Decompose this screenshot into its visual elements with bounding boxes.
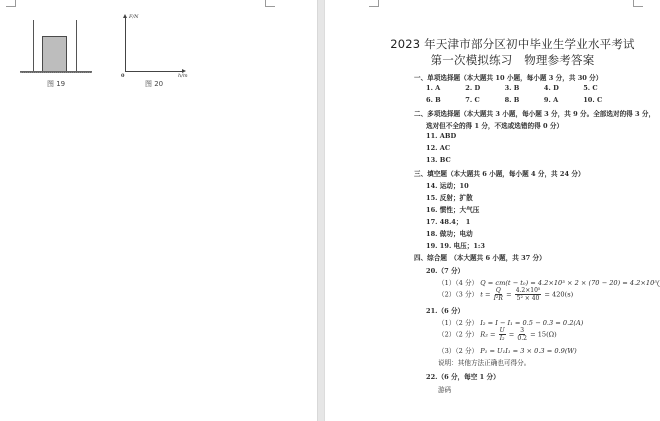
document-title-line2: 第一次模拟练习 物理参考答案	[345, 52, 660, 68]
q21-p1-formula: I₂ = I − I₁ = 0.5 − 0.3 = 0.2(A)	[480, 319, 583, 327]
q21-fraction-2: 3 0.2	[517, 327, 527, 342]
section-3-heading: 三、填空题（本大题共 6 小题，每小题 4 分，共 24 分）	[414, 168, 585, 178]
q21-fraction-1: U I₂	[499, 327, 506, 342]
answer-3: 3. B	[505, 84, 542, 92]
answer-10: 10. C	[583, 96, 620, 104]
question-21-label: 21.（6 分）	[426, 305, 464, 315]
answer-1: 1. A	[426, 84, 463, 92]
q20-p1-prefix: （1）（4 分）	[438, 279, 478, 287]
q20-p2-prefix: （2）（3 分）	[438, 291, 478, 299]
question-20-part1: （1）（4 分） Q = cm(t − t₀) = 4.2×10³ × 2 × …	[438, 277, 660, 287]
answer-18: 18. 做功；电动	[426, 228, 473, 238]
question-20-label: 20.（7 分）	[426, 265, 464, 275]
figure-19-container-diagram	[18, 18, 94, 88]
answer-13: 13. BC	[426, 156, 451, 164]
x-axis	[125, 71, 183, 72]
page-corner-mark	[6, 0, 16, 7]
page-corner-mark	[633, 0, 643, 7]
answer-7: 7. C	[465, 96, 502, 104]
section-1-answers-row2: 6. B 7. C 8. B 9. A 10. C	[426, 96, 620, 104]
q21-p1-prefix: （1）（2 分）	[438, 319, 478, 327]
question-21-part3: （3）（2 分） P₁ = U₁I₁ = 3 × 0.3 = 0.9(W)	[438, 345, 577, 355]
section-2-heading-cont: 选对但不全的得 1 分，不选或选错的得 0 分）	[426, 120, 563, 130]
page-corner-mark	[369, 0, 379, 7]
answer-16: 16. 惯性；大气压	[426, 204, 479, 214]
q21-p2-prefix: （2）（2 分）	[438, 331, 478, 339]
ground-line	[20, 71, 92, 73]
document-page-right: 2023 年天津市部分区初中毕业生学业水平考试 第一次模拟练习 物理参考答案 一…	[325, 0, 660, 421]
q20-p1-formula: Q = cm(t − t₀) = 4.2×10³ × 2 × (70 − 20)…	[480, 279, 660, 287]
section-1-heading: 一、单项选择题（本大题共 10 小题，每小题 3 分，共 30 分）	[414, 72, 602, 82]
answer-12: 12. AC	[426, 144, 450, 152]
object-block	[42, 36, 67, 72]
document-page-left: 图 19 F/N h/m 0 图 20	[0, 0, 317, 421]
q21-p2-lhs: R₂ =	[480, 331, 495, 339]
question-20-part2: （2）（3 分） t = Q I²R = 4.2×10⁵ 5² × 40 = 4…	[438, 287, 573, 302]
answer-14: 14. 运动；10	[426, 180, 469, 190]
question-22-label: 22.（6 分，每空 1 分）	[426, 371, 500, 381]
origin-label: 0	[121, 73, 124, 79]
answer-19: 19. 19. 电压；1:3	[426, 240, 485, 250]
figure-19-caption: 图 19	[47, 79, 65, 89]
answer-5: 5. C	[583, 84, 620, 92]
figure-20-graph: F/N h/m 0	[118, 12, 198, 82]
q21-p3-prefix: （3）（2 分）	[438, 347, 478, 355]
q20-fraction-1: Q I²R	[494, 287, 503, 302]
section-4-heading: 四、综合题 （本大题共 6 小题，共 37 分）	[414, 252, 546, 262]
answer-15: 15. 反射；扩散	[426, 192, 473, 202]
document-title-line1: 2023 年天津市部分区初中毕业生学业水平考试	[345, 36, 660, 52]
container-right-wall	[76, 20, 77, 72]
answer-2: 2. D	[465, 84, 502, 92]
y-axis	[125, 16, 126, 72]
q20-p2-lhs: t =	[480, 291, 490, 299]
q21-p2-result: = 15(Ω)	[530, 331, 557, 339]
container-left-wall	[33, 20, 34, 72]
question-21-part2: （2）（2 分） R₂ = U I₂ = 3 0.2 = 15(Ω)	[438, 327, 557, 342]
answer-6: 6. B	[426, 96, 463, 104]
x-axis-label: h/m	[178, 73, 188, 79]
answer-17: 17. 48.4； 1	[426, 216, 470, 226]
section-1-answers-row1: 1. A 2. D 3. B 4. D 5. C	[426, 84, 620, 92]
answer-8: 8. B	[505, 96, 542, 104]
question-21-part1: （1）（2 分） I₂ = I − I₁ = 0.5 − 0.3 = 0.2(A…	[438, 317, 583, 327]
answer-9: 9. A	[544, 96, 581, 104]
figure-20-caption: 图 20	[145, 79, 163, 89]
answer-11: 11. ABD	[426, 132, 456, 140]
page-corner-mark	[265, 0, 275, 7]
answer-4: 4. D	[544, 84, 581, 92]
q20-p2-result: = 420(s)	[544, 291, 573, 299]
answer-22: 游码	[438, 384, 451, 394]
y-axis-label: F/N	[129, 14, 139, 20]
page-gutter	[317, 0, 325, 421]
section-2-heading: 二、多项选择题（本大题共 3 小题，每小题 3 分，共 9 分。全部选对的得 3…	[414, 108, 655, 118]
q21-p3-formula: P₁ = U₁I₁ = 3 × 0.3 = 0.9(W)	[480, 347, 577, 355]
question-21-note: 说明：其他方法正确也可得分。	[438, 357, 530, 367]
q20-fraction-2: 4.2×10⁵ 5² × 40	[515, 287, 542, 302]
